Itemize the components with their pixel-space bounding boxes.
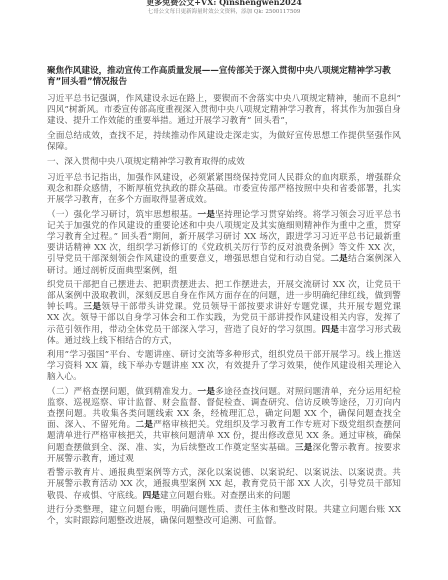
document-title: 聚焦作风建设，推动宣传工作高质量发展——宣传部关于深入贯彻中央八项规定精神学习教… xyxy=(47,66,401,88)
document-body: 聚焦作风建设，推动宣传工作高质量发展——宣传部关于深入贯彻中央八项规定精神学习教… xyxy=(47,66,401,530)
point-label: 四是 xyxy=(321,325,339,335)
point-label: 三是 xyxy=(295,443,313,453)
subsection-2-paragraph: （二）严格查摆问题，做到精准发力。一是多途径查找问题。对照问题清单，充分运用纪检… xyxy=(47,387,401,465)
point-label: 二是 xyxy=(136,420,154,430)
subsection-1-paragraph: （一）强化学习研讨，筑牢思想根基。一是坚持理论学习贯穿始终。将学习领会习近平总书… xyxy=(47,210,401,277)
point-label: 四是 xyxy=(143,491,160,501)
subsection-2-paragraph-cont: 看警示教育片、通报典型案例等方式，深化以案说德、以案说纪、以案说法、以案说责。共… xyxy=(47,468,401,502)
subsection-1-paragraph-cont: 织党员干部把自己摆进去、把职责摆进去、把工作摆进去，开展交流研讨 XX 次，让党… xyxy=(47,280,401,347)
intro-paragraph-1: 习近平总书记强调，作风建设永远在路上，要锲而不舍落实中央八项规定精神，驰而不息纠… xyxy=(47,94,401,128)
intro-paragraph-2: 全面总结成效，查找不足，持续推动作风建设走深走实，为做好宣传思想工作提供坚强作风… xyxy=(47,131,401,153)
section-1-heading: 一、深入贯彻中央八项规定精神学习教育取得的成效 xyxy=(47,157,401,168)
subsection-1-heading: （一）强化学习研讨，筑牢思想根基。 xyxy=(47,210,198,220)
subsection-2-heading: （二）严格查摆问题，做到精准发力。 xyxy=(47,387,198,397)
header-promo-line: 更多免费公文+VX: Qinshengwen2024 xyxy=(0,0,448,7)
section-1-intro: 习近平总书记指出，加强作风建设，必须紧紧围绕保持党同人民群众的血肉联系，增强群众… xyxy=(47,173,401,207)
subsection-1-paragraph-cont-2: 利用”学习强国”平台、专题讲座、研讨交流等多种形式，组织党员干部开展学习。线上推… xyxy=(47,350,401,384)
point-label: 三是 xyxy=(83,302,101,312)
header-contact-line: 七哥公文每日更新海量时效公文资料，添加 Qk: 2500117509 xyxy=(0,8,448,16)
point-text: 利用”学习强国”平台、专题讲座、研讨交流等多种形式，组织党员干部开展学习。线上推… xyxy=(47,350,401,382)
point-text: 进行分类整理，建立问题台账，明确问题性质、责任主体和整改时限。共建立问题台账 X… xyxy=(47,505,401,526)
point-label: 一是 xyxy=(198,210,216,220)
point-label: 二是 xyxy=(330,254,348,264)
point-text: 建立问题台账。对查摆出来的问题 xyxy=(160,491,290,501)
point-label: 一是 xyxy=(198,387,216,397)
page-header: 更多免费公文+VX: Qinshengwen2024 七哥公文每日更新海量时效公… xyxy=(0,0,448,16)
subsection-2-paragraph-cont-2: 进行分类整理，建立问题台账，明确问题性质、责任主体和整改时限。共建立问题台账 X… xyxy=(47,505,401,527)
